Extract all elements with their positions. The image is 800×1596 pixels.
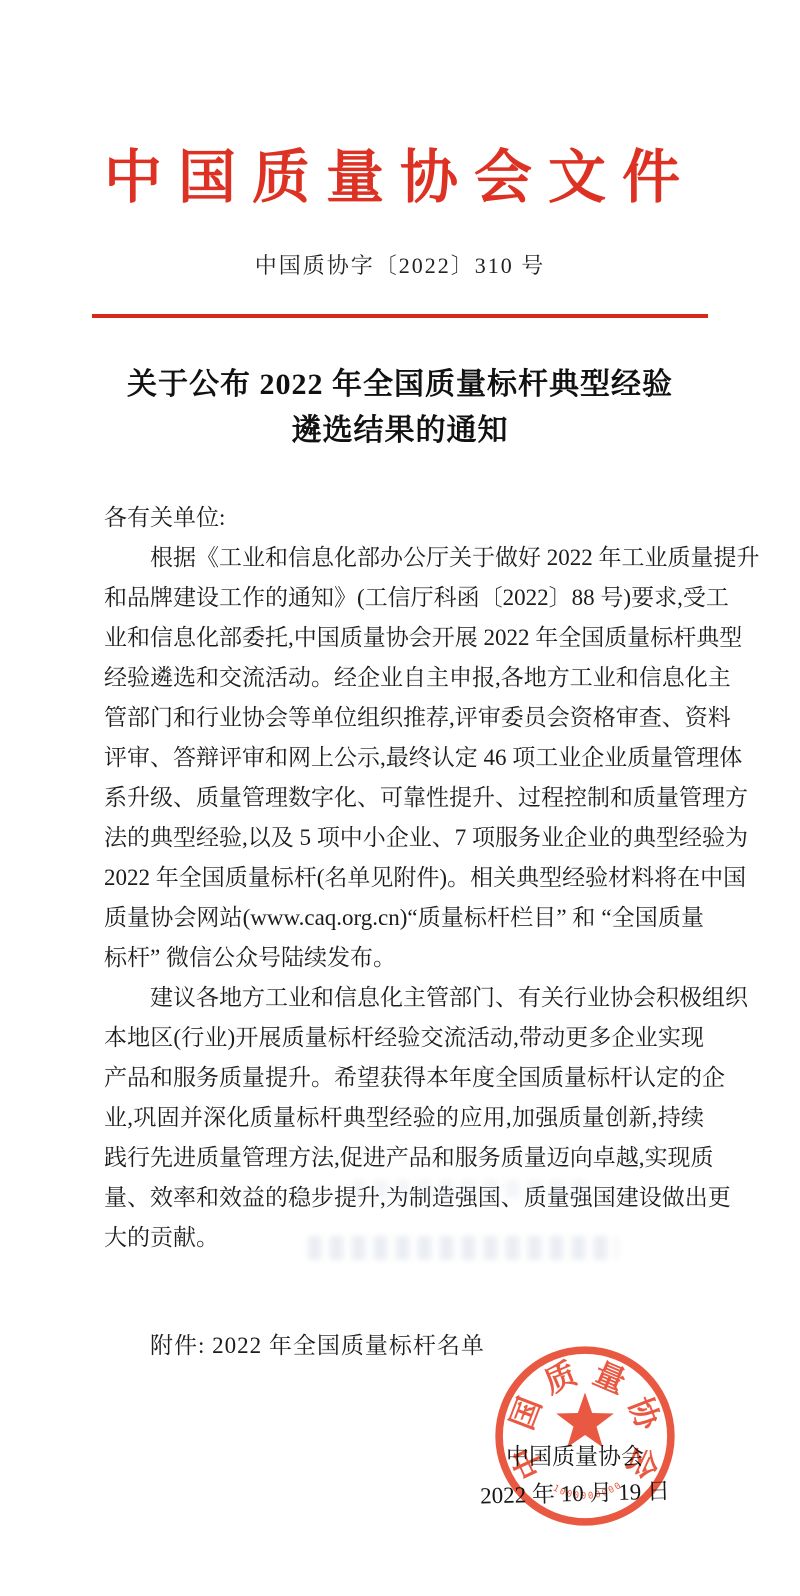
letterhead-rule (92, 314, 708, 318)
salutation: 各有关单位: (104, 498, 704, 538)
body-line: 业,巩固并深化质量标杆典型经验的应用,加强质量创新,持续 (104, 1098, 704, 1138)
body-line: 量、效率和效益的稳步提升,为制造强国、质量强国建设做出更 (104, 1178, 704, 1218)
letterhead-org-title: 中国质量协会文件 (0, 130, 800, 214)
body-line: 大的贡献。 (104, 1218, 704, 1258)
body-line: 建议各地方工业和信息化主管部门、有关行业协会积极组织 (104, 978, 704, 1018)
official-seal: 中 国 质 量 协 会 1000000000 (489, 1340, 681, 1532)
body-line: 管部门和行业协会等单位组织推荐,评审委员会资格审查、资料 (104, 698, 704, 738)
body-line: 业和信息化部委托,中国质量协会开展 2022 年全国质量标杆典型 (104, 618, 704, 658)
svg-text:1000000000: 1000000000 (551, 1480, 625, 1502)
body-line: 经验遴选和交流活动。经企业自主申报,各地方工业和信息化主 (104, 658, 704, 698)
body-line: 质量协会网站(www.caq.org.cn)“质量标杆栏目” 和 “全国质量 (104, 898, 704, 938)
document-title-line1: 关于公布 2022 年全国质量标杆典型经验 (0, 362, 800, 408)
document-title: 关于公布 2022 年全国质量标杆典型经验 遴选结果的通知 (0, 362, 800, 454)
document-page: 中国质量协会文件 中国质协字〔2022〕310 号 关于公布 2022 年全国质… (0, 0, 800, 1596)
star-icon (556, 1393, 614, 1448)
body-line: 标杆” 微信公众号陆续发布。 (104, 938, 704, 978)
body-line: 2022 年全国质量标杆(名单见附件)。相关典型经验材料将在中国 (104, 858, 704, 898)
body-line: 评审、答辩评审和网上公示,最终认定 46 项工业企业质量管理体 (104, 738, 704, 778)
body-line: 法的典型经验,以及 5 项中小企业、7 项服务业企业的典型经验为 (104, 818, 704, 858)
body-text: 各有关单位: 根据《工业和信息化部办公厅关于做好 2022 年工业质量提升 和品… (104, 498, 704, 1258)
document-number: 中国质协字〔2022〕310 号 (0, 249, 800, 280)
body-line: 本地区(行业)开展质量标杆经验交流活动,带动更多企业实现 (104, 1018, 704, 1058)
body-line: 产品和服务质量提升。希望获得本年度全国质量标杆认定的企 (104, 1058, 704, 1098)
body-line: 践行先进质量管理方法,促进产品和服务质量迈向卓越,实现质 (104, 1138, 704, 1178)
seal-code: 1000000000 (551, 1480, 625, 1502)
document-title-line2: 遴选结果的通知 (0, 408, 800, 454)
body-line: 系升级、质量管理数字化、可靠性提升、过程控制和质量管理方 (104, 778, 704, 818)
body-line: 根据《工业和信息化部办公厅关于做好 2022 年工业质量提升 (104, 538, 704, 578)
body-line: 和品牌建设工作的通知》(工信厅科函〔2022〕88 号)要求,受工 (104, 578, 704, 618)
